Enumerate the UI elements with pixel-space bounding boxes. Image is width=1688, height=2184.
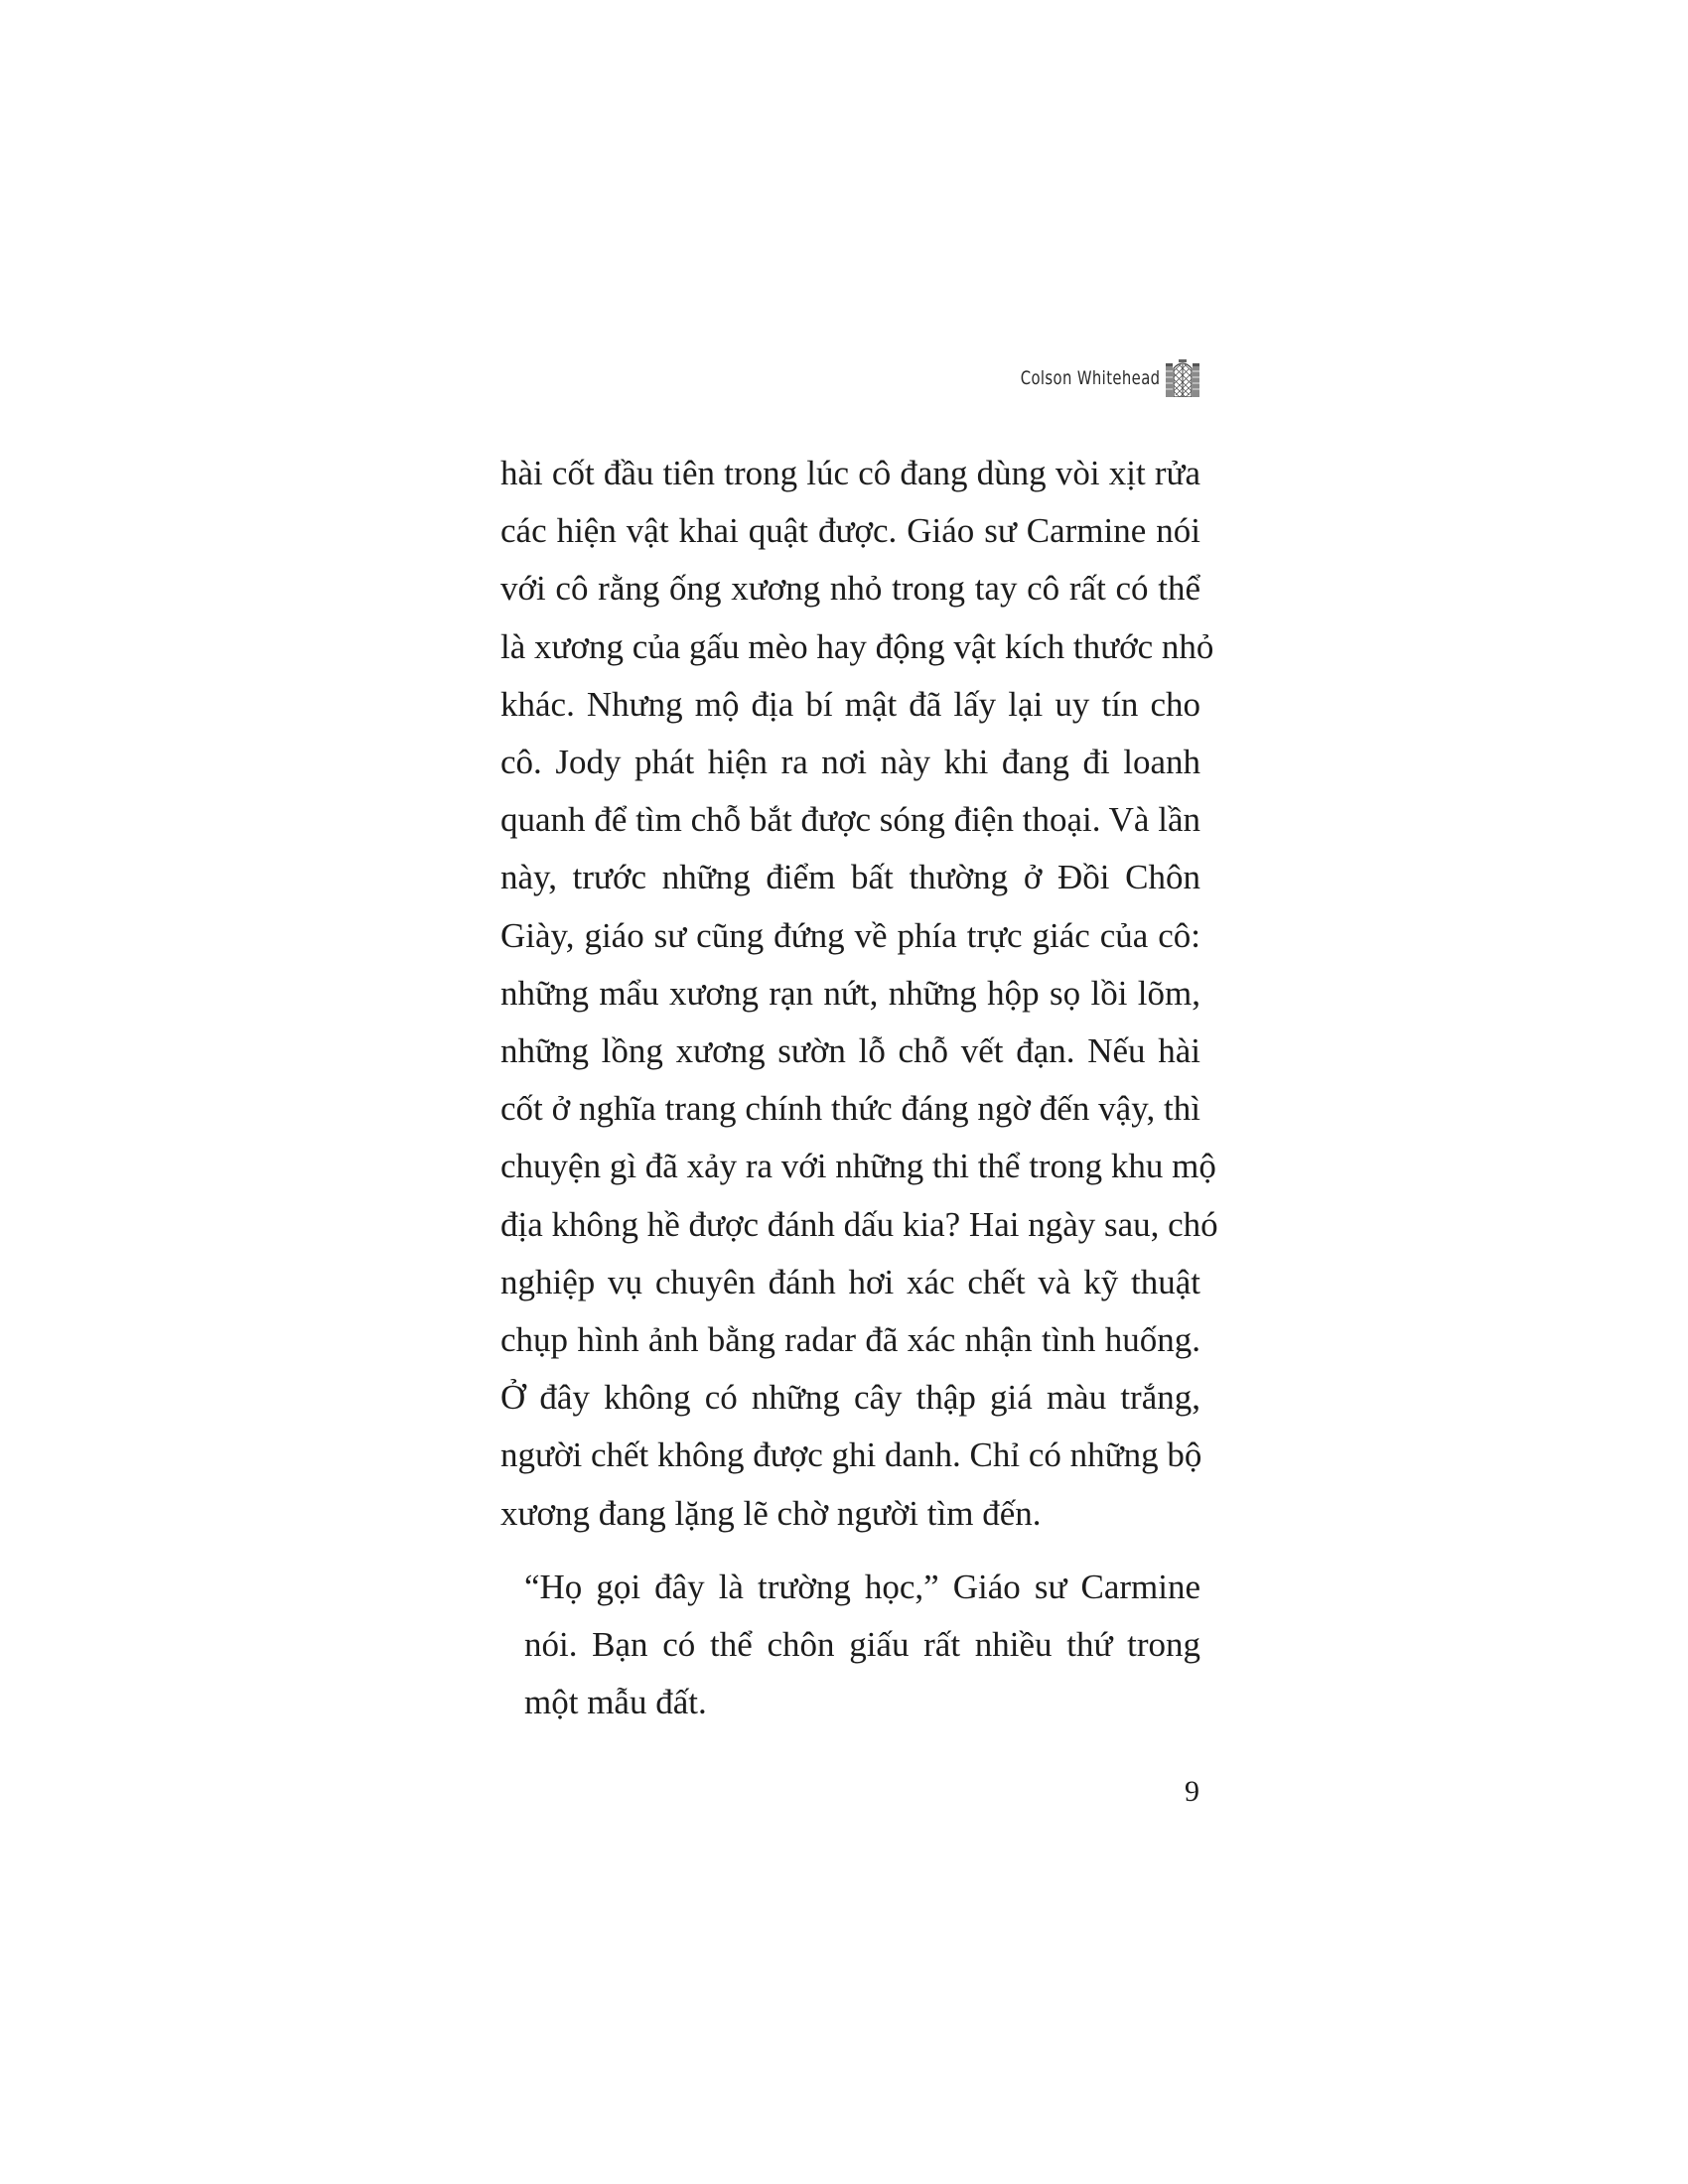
text-line: một mẫu đất.: [500, 1674, 1200, 1731]
text-line: với cô rằng ống xương nhỏ trong tay cô r…: [500, 560, 1200, 617]
text-line: là xương của gấu mèo hay động vật kích t…: [500, 618, 1200, 676]
text-line: Ở đây không có những cây thập giá màu tr…: [500, 1369, 1200, 1427]
text-line: những lồng xương sườn lỗ chỗ vết đạn. Nế…: [500, 1023, 1200, 1080]
text-line: người chết không được ghi danh. Chỉ có n…: [500, 1427, 1200, 1484]
text-line: quanh để tìm chỗ bắt được sóng điện thoạ…: [500, 791, 1200, 849]
book-page: Colson Whitehead: [0, 0, 1688, 2184]
text-line: nói. Bạn có thể chôn giấu rất nhiều thứ …: [500, 1616, 1200, 1674]
running-head-author: Colson Whitehead: [1020, 367, 1160, 389]
gate-icon: [1166, 359, 1199, 397]
page-number: 9: [1185, 1775, 1199, 1809]
text-line: những mẩu xương rạn nứt, những hộp sọ lồ…: [500, 965, 1200, 1023]
text-line: Giày, giáo sư cũng đứng về phía trực giá…: [500, 907, 1200, 965]
text-line: cô. Jody phát hiện ra nơi này khi đang đ…: [500, 734, 1200, 791]
text-line: địa không hề được đánh dấu kia? Hai ngày…: [500, 1196, 1200, 1254]
text-line: chuyện gì đã xảy ra với những thi thể tr…: [500, 1138, 1200, 1195]
text-line: chụp hình ảnh bằng radar đã xác nhận tìn…: [500, 1311, 1200, 1369]
text-line: này, trước những điểm bất thường ở Đồi C…: [500, 849, 1200, 906]
paragraph-2: “Họ gọi đây là trường học,” Giáo sư Carm…: [500, 1559, 1200, 1732]
text-line: xương đang lặng lẽ chờ người tìm đến.: [500, 1485, 1200, 1543]
paragraph-1: hài cốt đầu tiên trong lúc cô đang dùng …: [500, 445, 1200, 1543]
text-line: hài cốt đầu tiên trong lúc cô đang dùng …: [500, 445, 1200, 502]
text-line: cốt ở nghĩa trang chính thức đáng ngờ đế…: [500, 1080, 1200, 1138]
text-line: nghiệp vụ chuyên đánh hơi xác chết và kỹ…: [500, 1254, 1200, 1311]
text-line: khác. Nhưng mộ địa bí mật đã lấy lại uy …: [500, 676, 1200, 734]
running-head: Colson Whitehead: [981, 359, 1199, 397]
text-line: “Họ gọi đây là trường học,” Giáo sư Carm…: [500, 1559, 1200, 1616]
text-line: các hiện vật khai quật được. Giáo sư Car…: [500, 502, 1200, 560]
body-text: hài cốt đầu tiên trong lúc cô đang dùng …: [500, 445, 1200, 1731]
